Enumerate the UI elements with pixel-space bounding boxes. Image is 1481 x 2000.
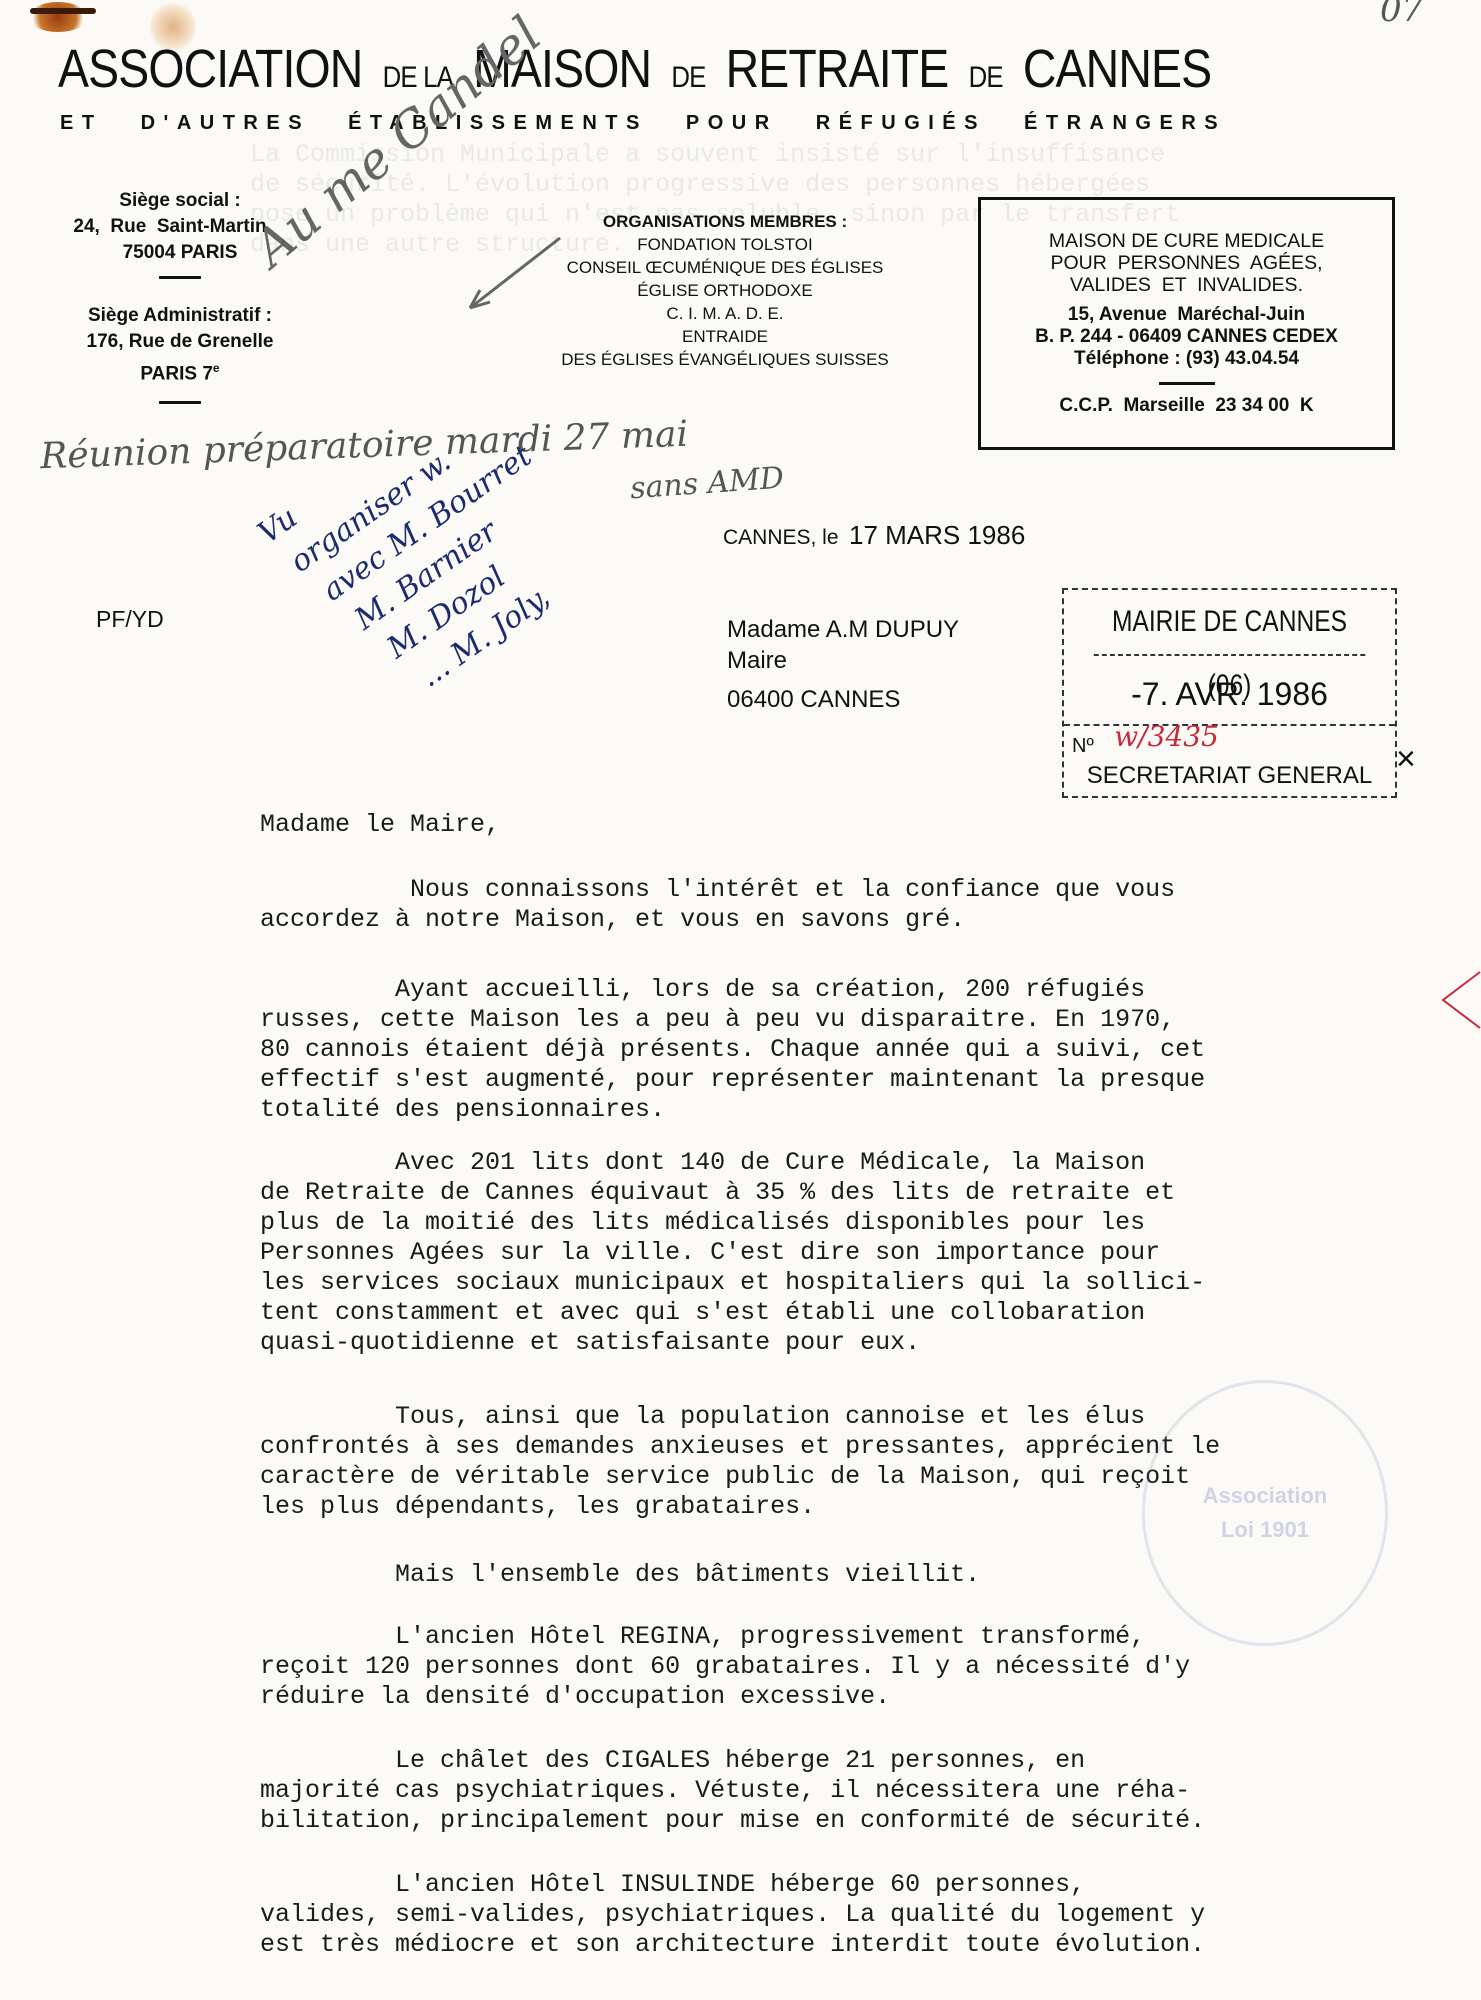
paragraph-line: 80 cannois étaient déjà présents. Chaque… [260,1035,1460,1065]
paragraph-line: majorité cas psychiatriques. Vétuste, il… [260,1776,1460,1806]
paragraph-line: effectif s'est augmenté, pour représente… [260,1065,1460,1095]
letter-date: 17 MARS 1986 [849,520,1025,550]
paragraph-line: Le châlet des CIGALES héberge 21 personn… [260,1746,1460,1776]
x-mark: × [1396,740,1416,779]
title-word: CANNES [1023,39,1211,99]
staple-mark [30,8,96,14]
infobox-bp: B. P. 244 - 06409 CANNES CEDEX [981,326,1392,348]
paragraph-line: plus de la moitié des lits médicalisés d… [260,1208,1460,1238]
body-paragraph: L'ancien Hôtel INSULINDE héberge 60 pers… [260,1870,1460,1960]
pencil-note-sans: sans AMD [629,461,785,507]
place-prefix: CANNES, le [723,526,839,549]
association-stamp: Association Loi 1901 [1142,1380,1388,1646]
letterhead-title: ASSOCIATION DE LA MAISON DE RETRAITE DE … [58,38,1211,100]
stamp-date: -7. AVR. 1986 [1064,656,1395,722]
body-paragraph: Nous connaissons l'intérêt et la confian… [260,875,1460,935]
divider [1159,382,1215,385]
association-stamp-line2: Loi 1901 [1145,1517,1385,1543]
stamp-number-label: Nº [1072,735,1094,757]
paragraph-line: russes, cette Maison les a peu à peu vu … [260,1005,1460,1035]
stamp-number-row: Nº w/3435 [1064,724,1395,752]
organisation-item: DES ÉGLISES ÉVANGÉLIQUES SUISSES [535,348,915,371]
paragraph-line: tent constamment et avec qui s'est établ… [260,1298,1460,1328]
paragraph-line: est très médiocre et son architecture in… [260,1930,1460,1960]
recipient-block: Madame A.M DUPUYMaire06400 CANNES [727,614,959,715]
paragraph-line: les services sociaux municipaux et hospi… [260,1268,1460,1298]
letterhead-subtitle: ET D'AUTRES ÉTABLISSEMENTS POUR RÉFUGIÉS… [60,112,1226,135]
paragraph-line: de Retraite de Cannes équivaut à 35 % de… [260,1178,1460,1208]
title-word: DE [671,61,705,94]
title-word: RETRAITE [726,39,949,99]
recipient-line: Maire [727,645,959,676]
siege-admin-city: PARIS 7e [90,355,270,387]
reference-initials: PF/YD [96,606,164,633]
siege-admin-street: 176, Rue de Grenelle [70,329,290,355]
paragraph-line: bilitation, principalement pour mise en … [260,1806,1460,1836]
paragraph-line: Ayant accueilli, lors de sa création, 20… [260,975,1460,1005]
paragraph-line: valides, semi-valides, psychiatriques. L… [260,1900,1460,1930]
paragraph-line: réduire la densité d'occupation excessiv… [260,1682,1460,1712]
association-stamp-line1: Association [1145,1483,1385,1509]
recipient-line: Madame A.M DUPUY [727,614,959,645]
organisation-item: ÉGLISE ORTHODOXE [535,279,915,302]
infobox-ccp: C.C.P. Marseille 23 34 00 K [981,395,1392,417]
paragraph-line: accordez à notre Maison, et vous en savo… [260,905,1460,935]
body-paragraph: Avec 201 lits dont 140 de Cure Médicale,… [260,1148,1460,1358]
infobox-line3: VALIDES ET INVALIDES. [981,274,1392,296]
infobox-phone: Téléphone : (93) 43.04.54 [981,348,1392,370]
recipient-line: 06400 CANNES [727,684,959,715]
divider [159,401,201,404]
bleed-through-text: La Commission Municipale a souvent insis… [250,140,1180,260]
place-date: CANNES, le 17 MARS 1986 [723,520,1025,551]
stamp-header: MAIRIE DE CANNES (06) [1094,590,1365,656]
paragraph-line: reçoit 120 personnes dont 60 grabataires… [260,1652,1460,1682]
paragraph-line: Nous connaissons l'intérêt et la confian… [260,875,1460,905]
stamp-number: w/3435 [1114,720,1219,753]
infobox-address: 15, Avenue Maréchal-Juin [981,304,1392,326]
siege-admin-label: Siège Administratif : [70,303,290,329]
title-word: DE [969,61,1003,94]
body-paragraph: Ayant accueilli, lors de sa création, 20… [260,975,1460,1125]
siege-social-city: 75004 PARIS [90,240,270,266]
reception-stamp: MAIRIE DE CANNES (06) -7. AVR. 1986 Nº w… [1062,588,1397,798]
rust-stain [28,2,88,32]
salutation: Madame le Maire, [260,810,500,839]
body-paragraph: Le châlet des CIGALES héberge 21 personn… [260,1746,1460,1836]
paragraph-line: Avec 201 lits dont 140 de Cure Médicale,… [260,1148,1460,1178]
paragraph-line: totalité des pensionnaires. [260,1095,1460,1125]
paragraph-line: L'ancien Hôtel INSULINDE héberge 60 pers… [260,1870,1460,1900]
paragraph-line: Personnes Agées sur la ville. C'est dire… [260,1238,1460,1268]
stamp-department: SECRETARIAT GENERAL [1064,756,1395,796]
organisation-item: C. I. M. A. D. E. [535,302,915,325]
organisation-item: ENTRAIDE [535,325,915,348]
paragraph-line: quasi-quotidienne et satisfaisante pour … [260,1328,1460,1358]
siege-social-label: Siège social : [90,188,270,214]
page-number: 07 [1380,0,1423,30]
divider [159,276,201,279]
siege-social: Siège social : 24, Rue Saint-Martin 7500… [90,188,270,428]
title-word: ASSOCIATION [58,39,362,99]
